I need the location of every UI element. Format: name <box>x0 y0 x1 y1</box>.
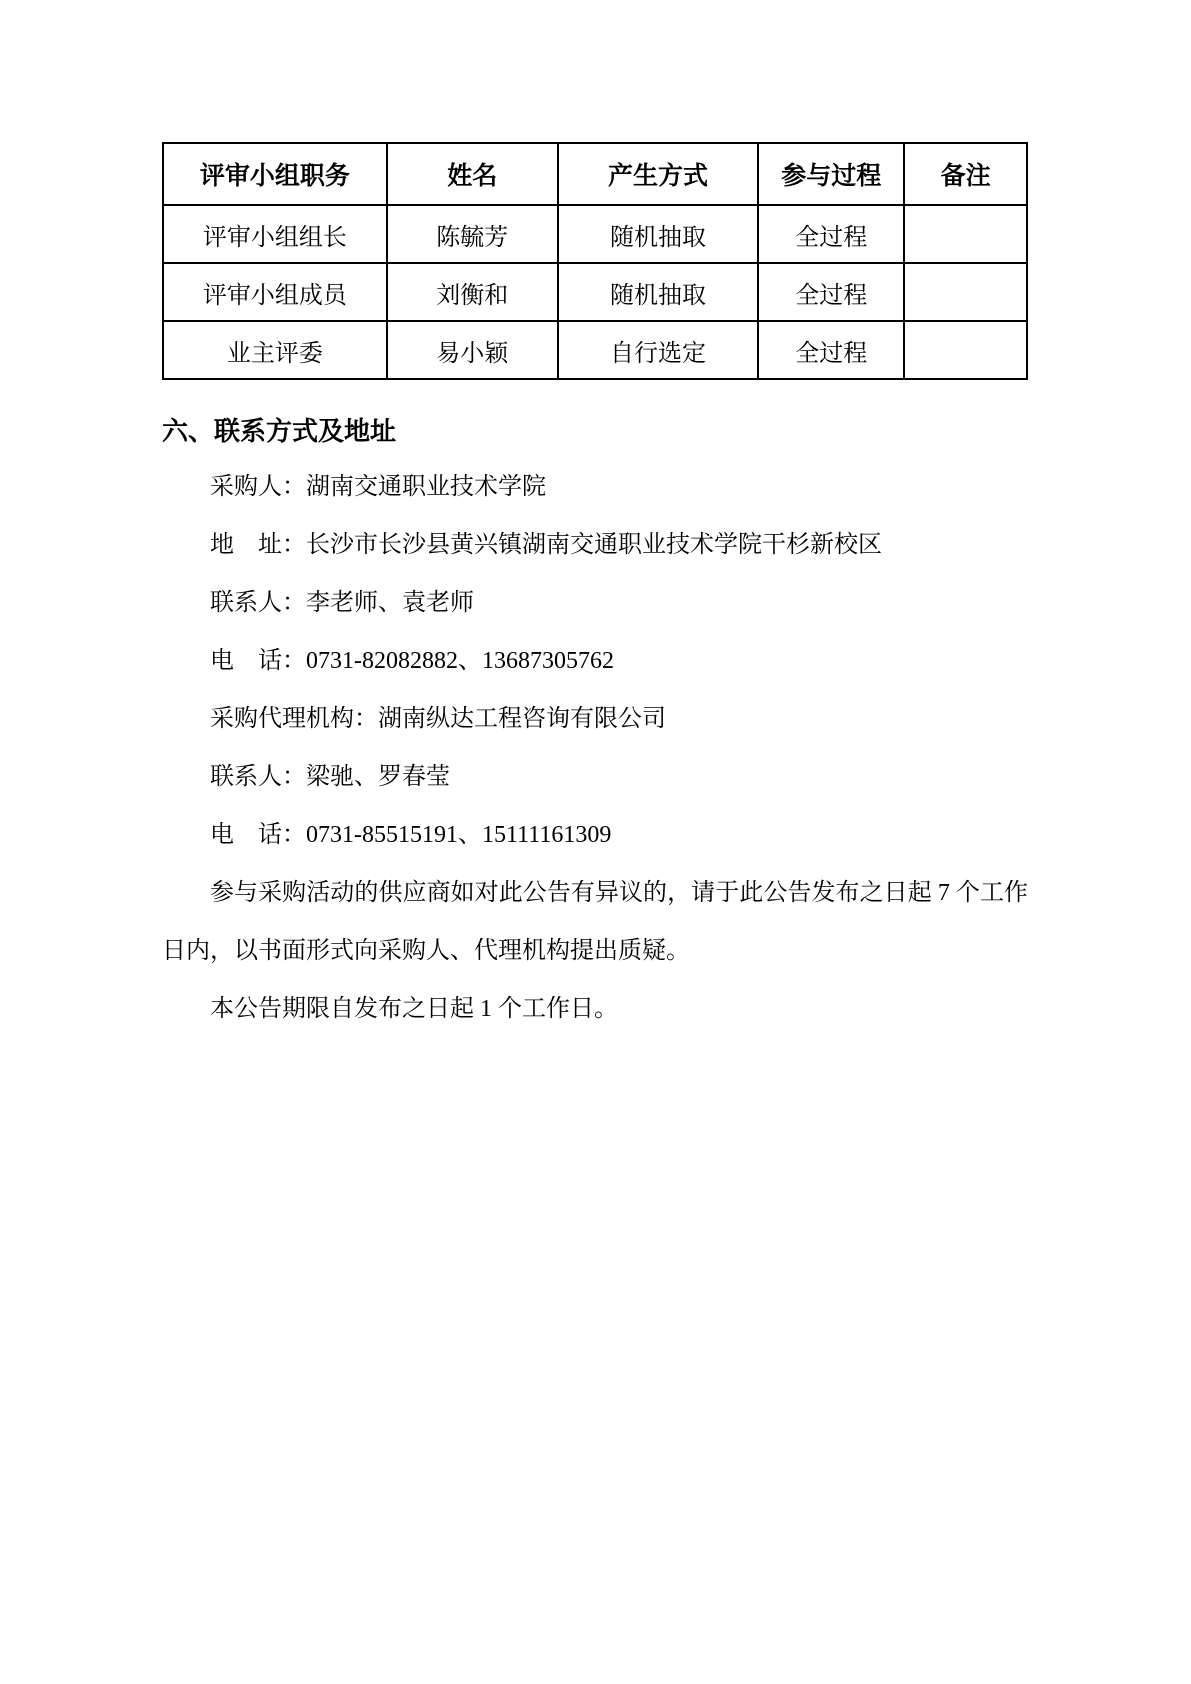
table-cell-duty: 业主评委 <box>163 321 387 379</box>
table-row: 业主评委 易小颖 自行选定 全过程 <box>163 321 1027 379</box>
table-cell-process: 全过程 <box>758 205 904 263</box>
table-cell-method: 随机抽取 <box>558 263 758 321</box>
contact-line-contact-person: 联系人：李老师、袁老师 <box>162 574 1028 632</box>
table-row: 评审小组组长 陈毓芳 随机抽取 全过程 <box>163 205 1027 263</box>
table-cell-name: 陈毓芳 <box>387 205 558 263</box>
table-header-method: 产生方式 <box>558 143 758 205</box>
document-page: 评审小组职务 姓名 产生方式 参与过程 备注 评审小组组长 陈毓芳 随机抽取 全… <box>0 0 1191 1684</box>
table-cell-name: 刘衡和 <box>387 263 558 321</box>
contact-line-agency: 采购代理机构：湖南纵达工程咨询有限公司 <box>162 690 1028 748</box>
contact-line-purchaser: 采购人：湖南交通职业技术学院 <box>162 458 1028 516</box>
table-header-name: 姓名 <box>387 143 558 205</box>
table-cell-process: 全过程 <box>758 263 904 321</box>
table-cell-note <box>904 321 1027 379</box>
notice-period-paragraph: 本公告期限自发布之日起 1 个工作日。 <box>162 980 1028 1038</box>
table-cell-duty: 评审小组组长 <box>163 205 387 263</box>
table-cell-note <box>904 205 1027 263</box>
table-cell-note <box>904 263 1027 321</box>
table-cell-method: 自行选定 <box>558 321 758 379</box>
document-content: 评审小组职务 姓名 产生方式 参与过程 备注 评审小组组长 陈毓芳 随机抽取 全… <box>162 142 1028 1038</box>
contact-line-phone: 电 话：0731-82082882、13687305762 <box>162 632 1028 690</box>
table-header-duty: 评审小组职务 <box>163 143 387 205</box>
table-cell-name: 易小颖 <box>387 321 558 379</box>
table-header-process: 参与过程 <box>758 143 904 205</box>
contact-line-address: 地 址：长沙市长沙县黄兴镇湖南交通职业技术学院干杉新校区 <box>162 516 1028 574</box>
contact-line-agency-phone: 电 话：0731-85515191、15111161309 <box>162 806 1028 864</box>
table-cell-duty: 评审小组成员 <box>163 263 387 321</box>
contact-block: 采购人：湖南交通职业技术学院 地 址：长沙市长沙县黄兴镇湖南交通职业技术学院干杉… <box>162 458 1028 1038</box>
table-header-row: 评审小组职务 姓名 产生方式 参与过程 备注 <box>163 143 1027 205</box>
contact-line-agency-contact: 联系人：梁驰、罗春莹 <box>162 748 1028 806</box>
table-row: 评审小组成员 刘衡和 随机抽取 全过程 <box>163 263 1027 321</box>
section-heading: 六、联系方式及地址 <box>162 416 1028 446</box>
table-cell-process: 全过程 <box>758 321 904 379</box>
review-panel-table: 评审小组职务 姓名 产生方式 参与过程 备注 评审小组组长 陈毓芳 随机抽取 全… <box>162 142 1028 380</box>
table-header-note: 备注 <box>904 143 1027 205</box>
objection-paragraph: 参与采购活动的供应商如对此公告有异议的，请于此公告发布之日起 7 个工作日内，以… <box>162 864 1028 980</box>
table-cell-method: 随机抽取 <box>558 205 758 263</box>
